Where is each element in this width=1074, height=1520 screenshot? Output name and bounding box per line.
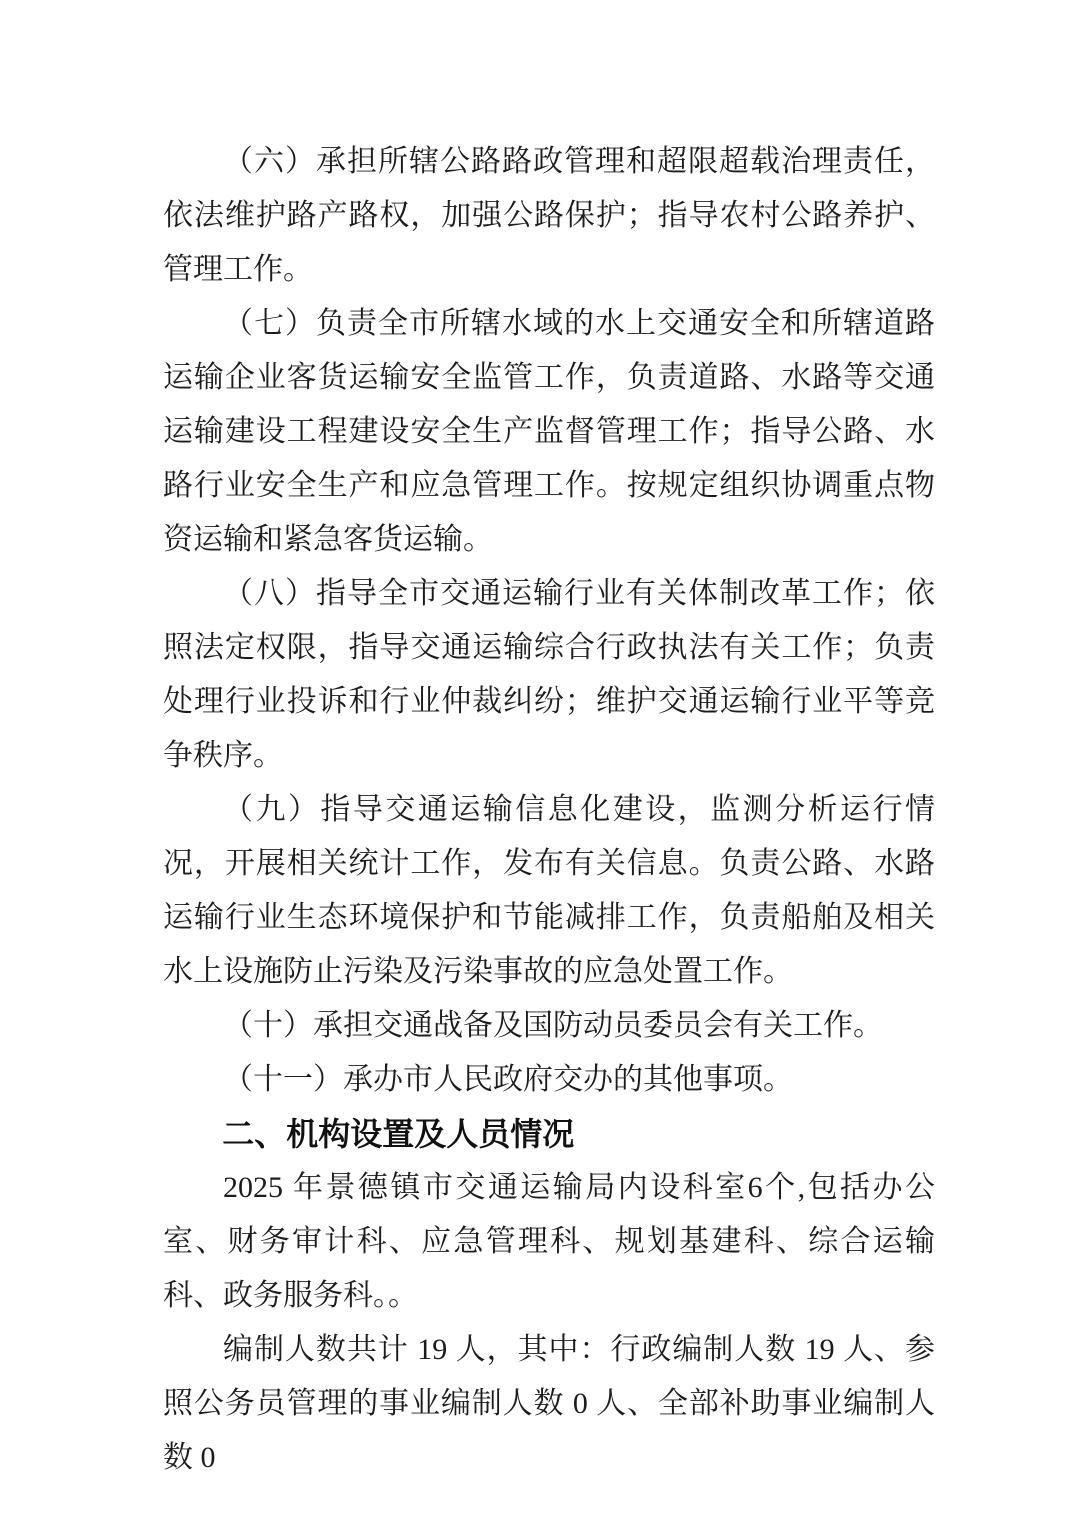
- clause-paragraph-ten: （十）承担交通战备及国防动员委员会有关工作。: [163, 999, 935, 1053]
- clause-paragraph-eight: （八）指导全市交通运输行业有关体制改革工作；依照法定权限，指导交通运输综合行政执…: [163, 567, 935, 783]
- clause-paragraph-nine: （九）指导交通运输信息化建设，监测分析运行情况，开展相关统计工作，发布有关信息。…: [163, 783, 935, 999]
- clause-paragraph-eleven: （十一）承办市人民政府交办的其他事项。: [163, 1053, 935, 1107]
- clause-paragraph-seven: （七）负责全市所辖水域的水上交通安全和所辖道路运输企业客货运输安全监管工作，负责…: [163, 297, 935, 567]
- section-heading-organization-staffing: 二、机构设置及人员情况: [163, 1107, 935, 1161]
- document-page: （六）承担所辖公路路政管理和超限超载治理责任，依法维护路产路权，加强公路保护；指…: [0, 0, 1074, 1520]
- clause-paragraph-six: （六）承担所辖公路路政管理和超限超载治理责任，依法维护路产路权，加强公路保护；指…: [163, 135, 935, 297]
- org-departments-paragraph: 2025 年景德镇市交通运输局内设科室6个,包括办公室、财务审计科、应急管理科、…: [163, 1161, 935, 1323]
- staffing-numbers-paragraph: 编制人数共计 19 人，其中：行政编制人数 19 人、参照公务员管理的事业编制人…: [163, 1323, 935, 1485]
